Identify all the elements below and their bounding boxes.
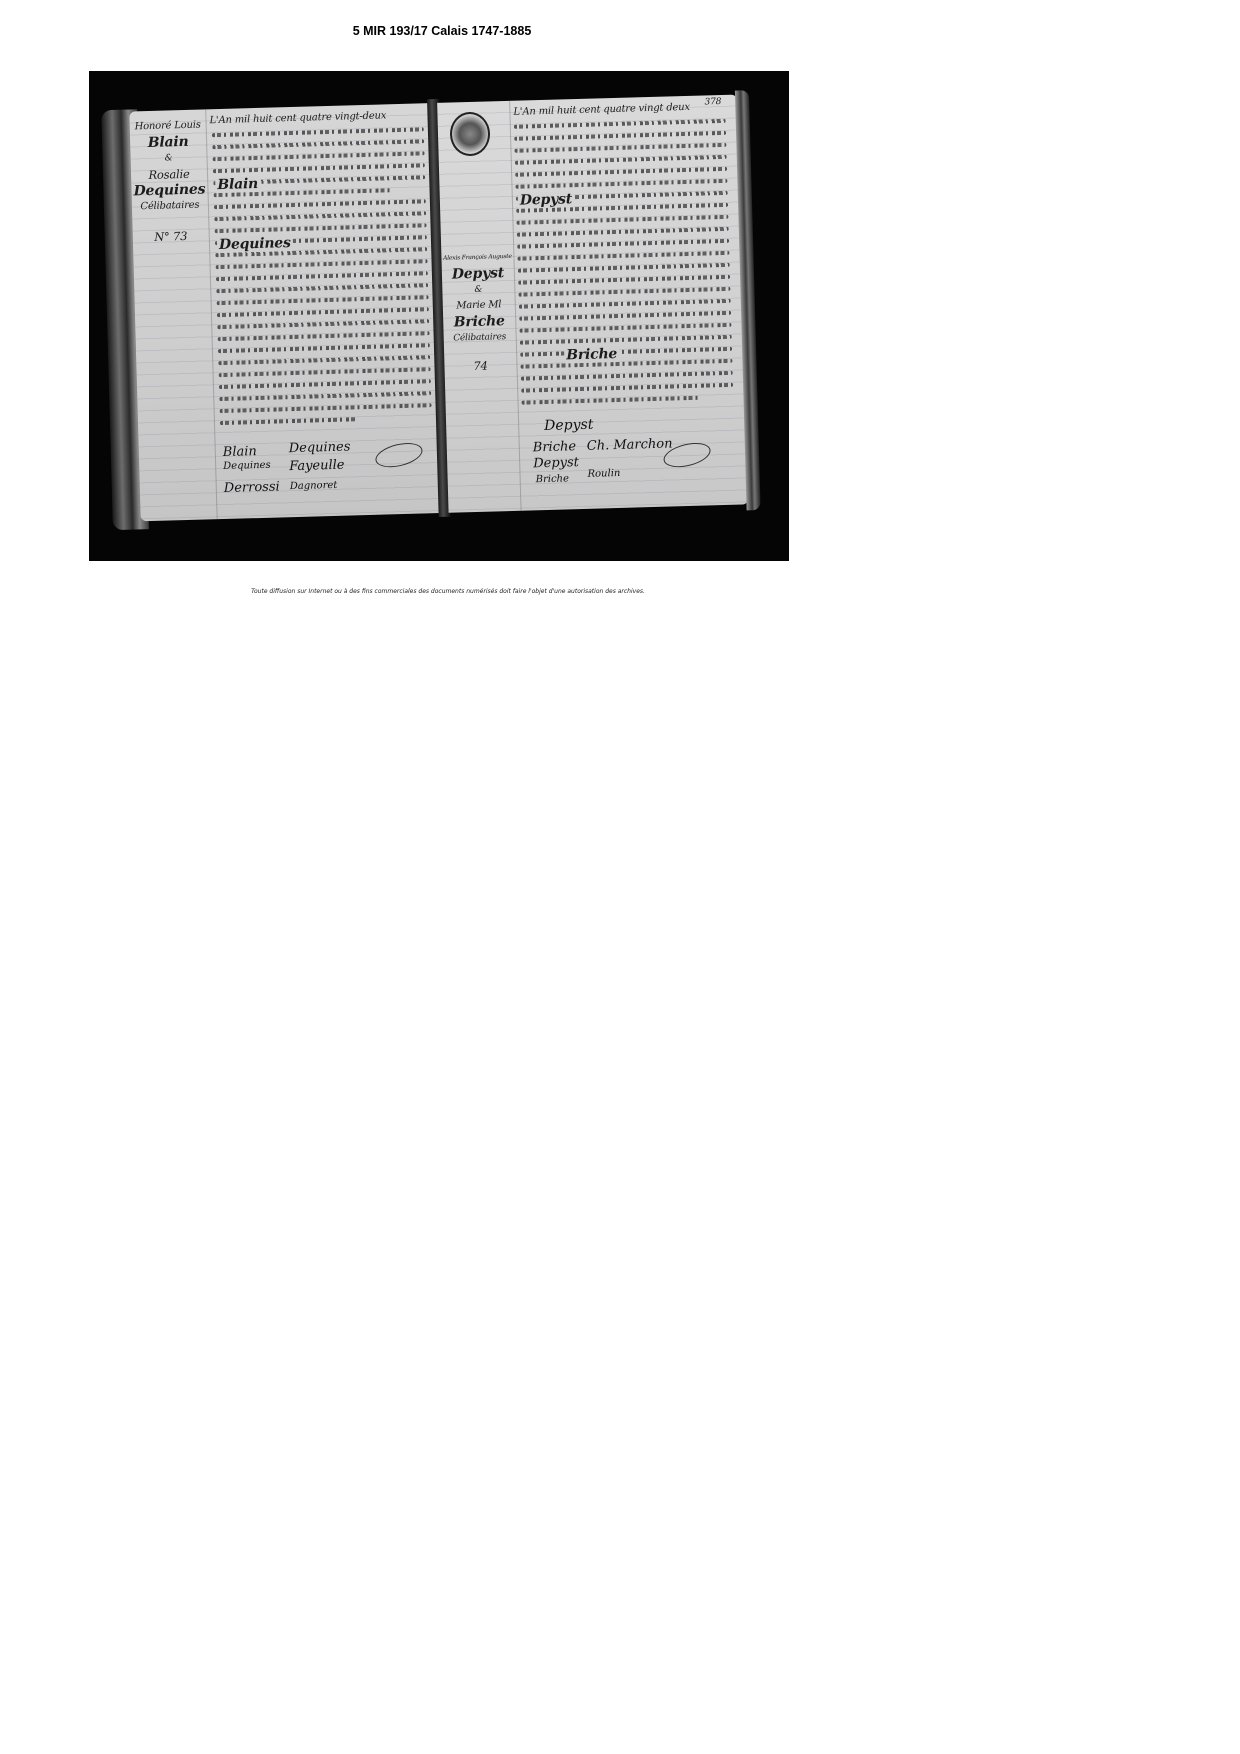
margin-act-number: 74 [444, 357, 516, 375]
right-page: 378 Alexis François Auguste Depyst & Mar… [437, 95, 748, 513]
copyright-notice: Toute diffusion sur Internet ou à des fi… [0, 588, 896, 595]
left-margin-entry: Honoré Louis Blain & Rosalie Dequines Cé… [131, 117, 206, 245]
signature: Blain [223, 444, 257, 460]
open-register: Honoré Louis Blain & Rosalie Dequines Cé… [101, 84, 773, 542]
signature: Dequines [289, 439, 351, 456]
register-scan-image: Honoré Louis Blain & Rosalie Dequines Cé… [89, 71, 789, 561]
right-margin-entry: Alexis François Auguste Depyst & Marie M… [441, 249, 516, 375]
signature: Briche [533, 439, 577, 455]
margin-act-number: N° 73 [135, 227, 207, 245]
signature: Fayeulle [289, 458, 345, 475]
document-title: 5 MIR 193/17 Calais 1747-1885 [0, 24, 884, 38]
signature: Roulin [587, 468, 620, 480]
margin-groom-surname: Depyst [442, 265, 514, 283]
page-number: 378 [704, 97, 721, 107]
margin-status: Célibataires [444, 329, 516, 347]
signature: Depyst [544, 417, 594, 434]
left-highlighted-bride: Dequines [217, 235, 293, 253]
signature: Derrossi [224, 479, 280, 496]
left-page: Honoré Louis Blain & Rosalie Dequines Cé… [129, 103, 440, 521]
margin-status: Célibataires [134, 197, 206, 215]
left-highlighted-groom: Blain [215, 176, 260, 193]
margin-groom-firstname: Honoré Louis [131, 117, 203, 135]
signature: Depyst [533, 455, 579, 471]
signature: Briche [536, 473, 570, 485]
signature: Ch. Marchon [587, 436, 673, 453]
right-highlighted-bride: Briche [564, 346, 619, 364]
right-body-text [514, 115, 734, 409]
signature: Dagnoret [290, 480, 338, 492]
right-highlighted-groom: Depyst [518, 191, 575, 209]
left-body-text [212, 123, 432, 429]
signature: Dequines [223, 460, 271, 472]
